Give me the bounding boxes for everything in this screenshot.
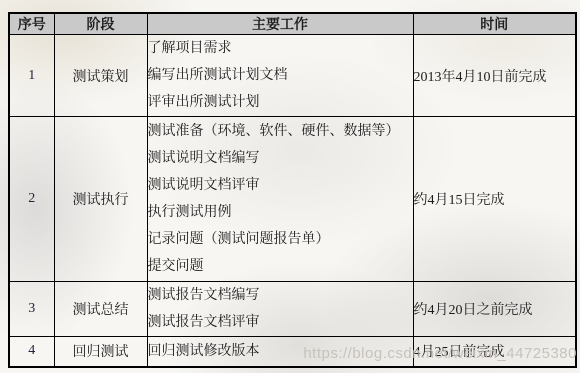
cell-no: 1 [9, 35, 54, 117]
cell-phase: 回归测试 [54, 337, 147, 367]
task-line: 评审出所测试计划 [148, 89, 413, 116]
task-line: 了解项目需求 [148, 35, 413, 62]
task-line: 测试报告文档编写 [148, 282, 413, 309]
cell-phase: 测试策划 [54, 35, 147, 117]
cell-time: 约4月15日完成 [413, 117, 576, 282]
cell-time: 4月25日前完成 [413, 337, 576, 367]
cell-no: 3 [9, 282, 54, 337]
table-row: 1测试策划了解项目需求编写出所测试计划文档评审出所测试计划2013年4月10日前… [9, 35, 576, 117]
col-header-time: 时间 [413, 13, 576, 35]
task-line: 提交问题 [148, 253, 413, 280]
header-row: 序号 阶段 主要工作 时间 [9, 13, 576, 35]
cell-no: 2 [9, 117, 54, 282]
col-header-tasks: 主要工作 [147, 13, 413, 35]
cell-tasks: 回归测试修改版本 [147, 337, 413, 367]
task-line: 回归测试修改版本 [148, 338, 413, 365]
task-line: 编写出所测试计划文档 [148, 62, 413, 89]
cell-phase: 测试执行 [54, 117, 147, 282]
cell-phase: 测试总结 [54, 282, 147, 337]
col-header-phase: 阶段 [54, 13, 147, 35]
test-schedule-table: 序号 阶段 主要工作 时间 1测试策划了解项目需求编写出所测试计划文档评审出所测… [8, 12, 577, 368]
col-header-no: 序号 [9, 13, 54, 35]
table-row: 2测试执行测试准备（环境、软件、硬件、数据等）测试说明文档编写测试说明文档评审执… [9, 117, 576, 282]
task-line: 测试说明文档评审 [148, 172, 413, 199]
table-header: 序号 阶段 主要工作 时间 [9, 13, 576, 35]
page-background: 序号 阶段 主要工作 时间 1测试策划了解项目需求编写出所测试计划文档评审出所测… [0, 0, 580, 373]
cell-no: 4 [9, 337, 54, 367]
cell-tasks: 了解项目需求编写出所测试计划文档评审出所测试计划 [147, 35, 413, 117]
table-row: 4回归测试回归测试修改版本4月25日前完成 [9, 337, 576, 367]
task-line: 测试说明文档编写 [148, 145, 413, 172]
table-row: 3测试总结测试报告文档编写测试报告文档评审约4月20日之前完成 [9, 282, 576, 337]
cell-tasks: 测试报告文档编写测试报告文档评审 [147, 282, 413, 337]
task-line: 测试准备（环境、软件、硬件、数据等） [148, 118, 413, 145]
cell-time: 2013年4月10日前完成 [413, 35, 576, 117]
cell-time: 约4月20日之前完成 [413, 282, 576, 337]
table-body: 1测试策划了解项目需求编写出所测试计划文档评审出所测试计划2013年4月10日前… [9, 35, 576, 367]
task-line: 测试报告文档评审 [148, 309, 413, 336]
task-line: 记录问题（测试问题报告单） [148, 226, 413, 253]
task-line: 执行测试用例 [148, 199, 413, 226]
cell-tasks: 测试准备（环境、软件、硬件、数据等）测试说明文档编写测试说明文档评审执行测试用例… [147, 117, 413, 282]
